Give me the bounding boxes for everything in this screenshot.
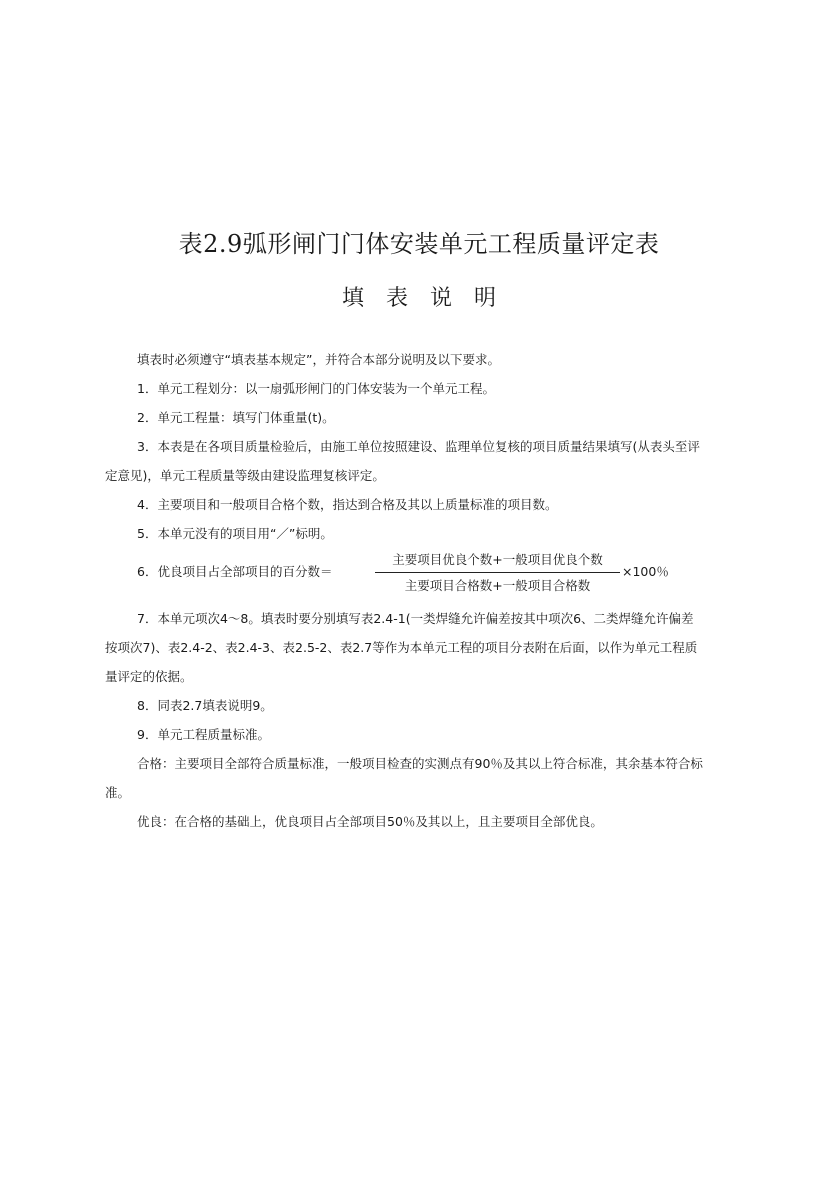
intro-paragraph: 填表时必须遵守“填表基本规定”，并符合本部分说明及以下要求。 [105, 345, 705, 374]
instruction-item-7: 7．本单元项次4～8。填表时要分别填写表2.4-1(一类焊缝允许偏差按其中项次6… [105, 604, 705, 691]
instruction-item-3: 3．本表是在各项目质量检验后，由施工单位按照建设、监理单位复核的项目质量结果填写… [105, 432, 705, 490]
instruction-item-8: 8．同表2.7填表说明9。 [105, 691, 705, 720]
instruction-item-4: 4．主要项目和一般项目合格个数，指达到合格及其以上质量标准的项目数。 [105, 490, 705, 519]
instruction-item-5: 5．本单元没有的项目用“／”标明。 [105, 519, 705, 548]
formula-label: 6．优良项目占全部项目的百分数＝ [137, 562, 332, 580]
standard-pass: 合格：主要项目全部符合质量标准，一般项目检查的实测点有90％及其以上符合标准，其… [105, 749, 705, 807]
formula-item-6: 6．优良项目占全部项目的百分数＝ 主要项目优良个数+一般项目优良个数 主要项目合… [105, 548, 705, 604]
document-subtitle: 填表说明 [0, 281, 838, 312]
instruction-item-9: 9．单元工程质量标准。 [105, 720, 705, 749]
formula-fraction: 主要项目优良个数+一般项目优良个数 主要项目合格数+一般项目合格数 [375, 548, 620, 599]
standard-excellent: 优良：在合格的基础上，优良项目占全部项目50％及其以上，且主要项目全部优良。 [105, 807, 705, 836]
instructions-body: 填表时必须遵守“填表基本规定”，并符合本部分说明及以下要求。 1．单元工程划分：… [105, 345, 705, 836]
document-title: 表2.9弧形闸门门体安装单元工程质量评定表 [0, 224, 838, 259]
instruction-item-1: 1．单元工程划分：以一扇弧形闸门的门体安装为一个单元工程。 [105, 374, 705, 403]
formula-multiplier: ×100％ [622, 562, 669, 580]
formula-numerator: 主要项目优良个数+一般项目优良个数 [375, 548, 620, 572]
instruction-item-2: 2．单元工程量：填写门体重量(t)。 [105, 403, 705, 432]
formula-denominator: 主要项目合格数+一般项目合格数 [375, 573, 620, 599]
